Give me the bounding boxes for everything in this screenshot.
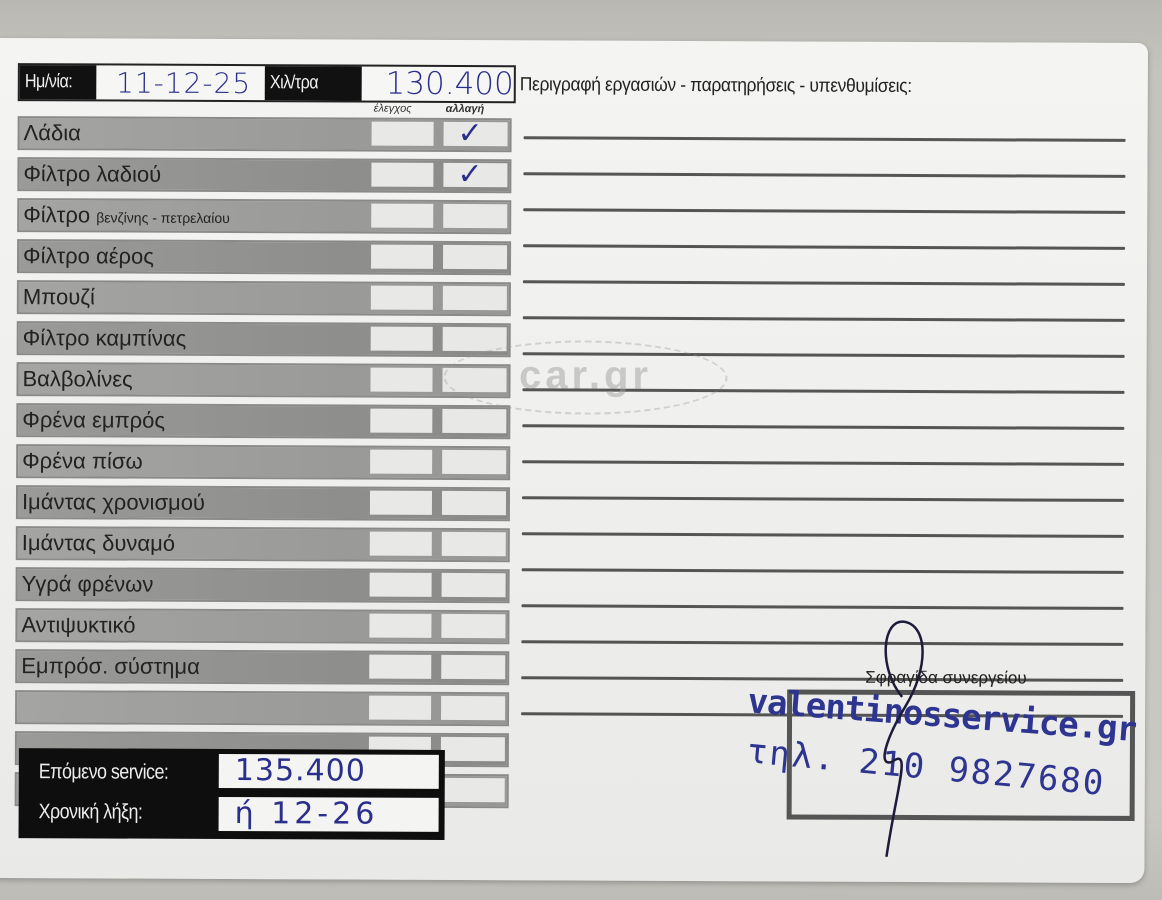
next-service-label: Επόμενο service:	[39, 760, 169, 785]
notes-title: Περιγραφή εργασιών - παρατηρήσεις - υπεν…	[520, 74, 912, 98]
check-box[interactable]	[370, 491, 432, 515]
change-box[interactable]	[442, 450, 506, 474]
note-line[interactable]	[523, 316, 1125, 322]
note-line[interactable]	[523, 208, 1125, 214]
note-line[interactable]	[522, 568, 1124, 574]
checkmark-icon: ✓	[457, 157, 482, 192]
check-box[interactable]	[371, 286, 433, 310]
checklist-row: Μπουζί	[17, 280, 511, 316]
checklist-row	[15, 690, 509, 726]
note-line[interactable]	[522, 496, 1124, 502]
checklist-item-label: Φρένα πίσω	[22, 448, 143, 475]
note-line[interactable]	[523, 172, 1125, 178]
change-box[interactable]	[441, 614, 505, 638]
check-box[interactable]	[370, 368, 432, 392]
checklist-row: Βαλβολίνες	[16, 362, 510, 398]
note-line[interactable]	[524, 136, 1126, 142]
change-box[interactable]	[441, 696, 505, 720]
note-line[interactable]	[522, 424, 1124, 430]
checklist-row: Φίλτρο αέρος	[17, 239, 511, 275]
header-bar: Ημ/νία: 11-12-25 Χιλ/τρα 130.400	[18, 63, 516, 103]
check-box[interactable]	[370, 532, 432, 556]
check-box[interactable]	[371, 327, 433, 351]
checklist-item-label: Εμπρόσ. σύστημα	[21, 653, 200, 680]
checklist-item-label: Υγρά φρένων	[22, 571, 154, 598]
note-line[interactable]	[523, 244, 1125, 250]
column-header-check: έλεγχος	[374, 103, 412, 115]
note-line[interactable]	[522, 604, 1124, 610]
checklist-item-label: Ιμάντας χρονισμού	[22, 489, 205, 516]
next-service-box: Επόμενο service: 135.400 Χρονική λήξη: ή…	[19, 748, 445, 840]
next-service-field[interactable]: 135.400	[219, 754, 439, 789]
service-card: Ημ/νία: 11-12-25 Χιλ/τρα 130.400 έλεγχος…	[0, 38, 1148, 883]
km-label: Χιλ/τρα	[265, 66, 362, 100]
change-box[interactable]	[443, 286, 507, 310]
checklist-item-sublabel: βενζίνης - πετρελαίου	[96, 209, 230, 226]
checklist-row: Ιμάντας χρονισμού	[16, 485, 510, 521]
checklist-item-label: Λάδια	[24, 120, 81, 146]
note-line[interactable]	[523, 280, 1125, 286]
change-box[interactable]	[442, 532, 506, 556]
change-box[interactable]: ✓	[443, 163, 507, 187]
checklist-item-label: Φίλτρο βενζίνης - πετρελαίου	[23, 202, 230, 229]
checklist-row: Ιμάντας δυναμό	[16, 526, 510, 562]
note-line[interactable]	[521, 676, 1123, 682]
checklist-row: Φρένα πίσω	[16, 444, 510, 480]
note-line[interactable]	[522, 460, 1124, 466]
check-box[interactable]	[371, 204, 433, 228]
checklist-item-label: Αντιψυκτικό	[21, 612, 135, 638]
checklist-row: Φρένα εμπρός	[16, 403, 510, 439]
date-field[interactable]: 11-12-25	[110, 65, 265, 100]
date-label: Ημ/νία:	[20, 65, 97, 99]
change-box[interactable]	[442, 409, 506, 433]
change-box[interactable]: ✓	[444, 122, 508, 146]
checklist-item-label: Φίλτρο λαδιού	[23, 161, 161, 188]
expiry-label: Χρονική λήξη:	[39, 800, 143, 824]
checklist: Λάδια✓Φίλτρο λαδιού✓Φίλτρο βενζίνης - πε…	[15, 116, 512, 815]
checklist-item-label: Φίλτρο αέρος	[23, 243, 154, 270]
check-box[interactable]	[371, 163, 433, 187]
change-box[interactable]	[441, 655, 505, 679]
change-box[interactable]	[442, 491, 506, 515]
change-box[interactable]	[443, 245, 507, 269]
change-box[interactable]	[441, 737, 505, 761]
check-box[interactable]	[370, 450, 432, 474]
check-box[interactable]	[371, 245, 433, 269]
check-box[interactable]	[372, 122, 434, 146]
check-box[interactable]	[370, 573, 432, 597]
checkmark-icon: ✓	[458, 116, 483, 151]
checklist-row: Φίλτρο καμπίνας	[17, 321, 511, 357]
check-box[interactable]	[369, 614, 431, 638]
checklist-item-label: Βαλβολίνες	[22, 366, 132, 392]
check-box[interactable]	[370, 409, 432, 433]
check-box[interactable]	[369, 655, 431, 679]
checklist-row: Εμπρόσ. σύστημα	[15, 649, 509, 685]
checklist-row: Αντιψυκτικό	[15, 608, 509, 644]
change-box[interactable]	[442, 573, 506, 597]
checklist-item-label: Φίλτρο καμπίνας	[23, 325, 187, 352]
note-line[interactable]	[522, 532, 1124, 538]
checklist-row: Υγρά φρένων	[16, 567, 510, 603]
checklist-row: Φίλτρο λαδιού✓	[17, 157, 511, 193]
checklist-item-label: Ιμάντας δυναμό	[22, 530, 175, 557]
note-line[interactable]	[521, 640, 1123, 646]
checklist-item-label: Φρένα εμπρός	[22, 407, 165, 434]
change-box[interactable]	[443, 204, 507, 228]
checklist-row: Λάδια✓	[18, 116, 512, 152]
column-header-change: αλλαγή	[446, 103, 485, 115]
check-box[interactable]	[369, 696, 431, 720]
change-box[interactable]	[441, 778, 505, 802]
checklist-row: Φίλτρο βενζίνης - πετρελαίου	[17, 198, 511, 234]
signature-icon	[856, 597, 947, 857]
km-field[interactable]: 130.400	[380, 67, 514, 102]
expiry-field[interactable]: ή 12-26	[219, 797, 439, 832]
notes-lines[interactable]	[521, 136, 1126, 751]
checklist-item-label: Μπουζί	[23, 284, 95, 310]
